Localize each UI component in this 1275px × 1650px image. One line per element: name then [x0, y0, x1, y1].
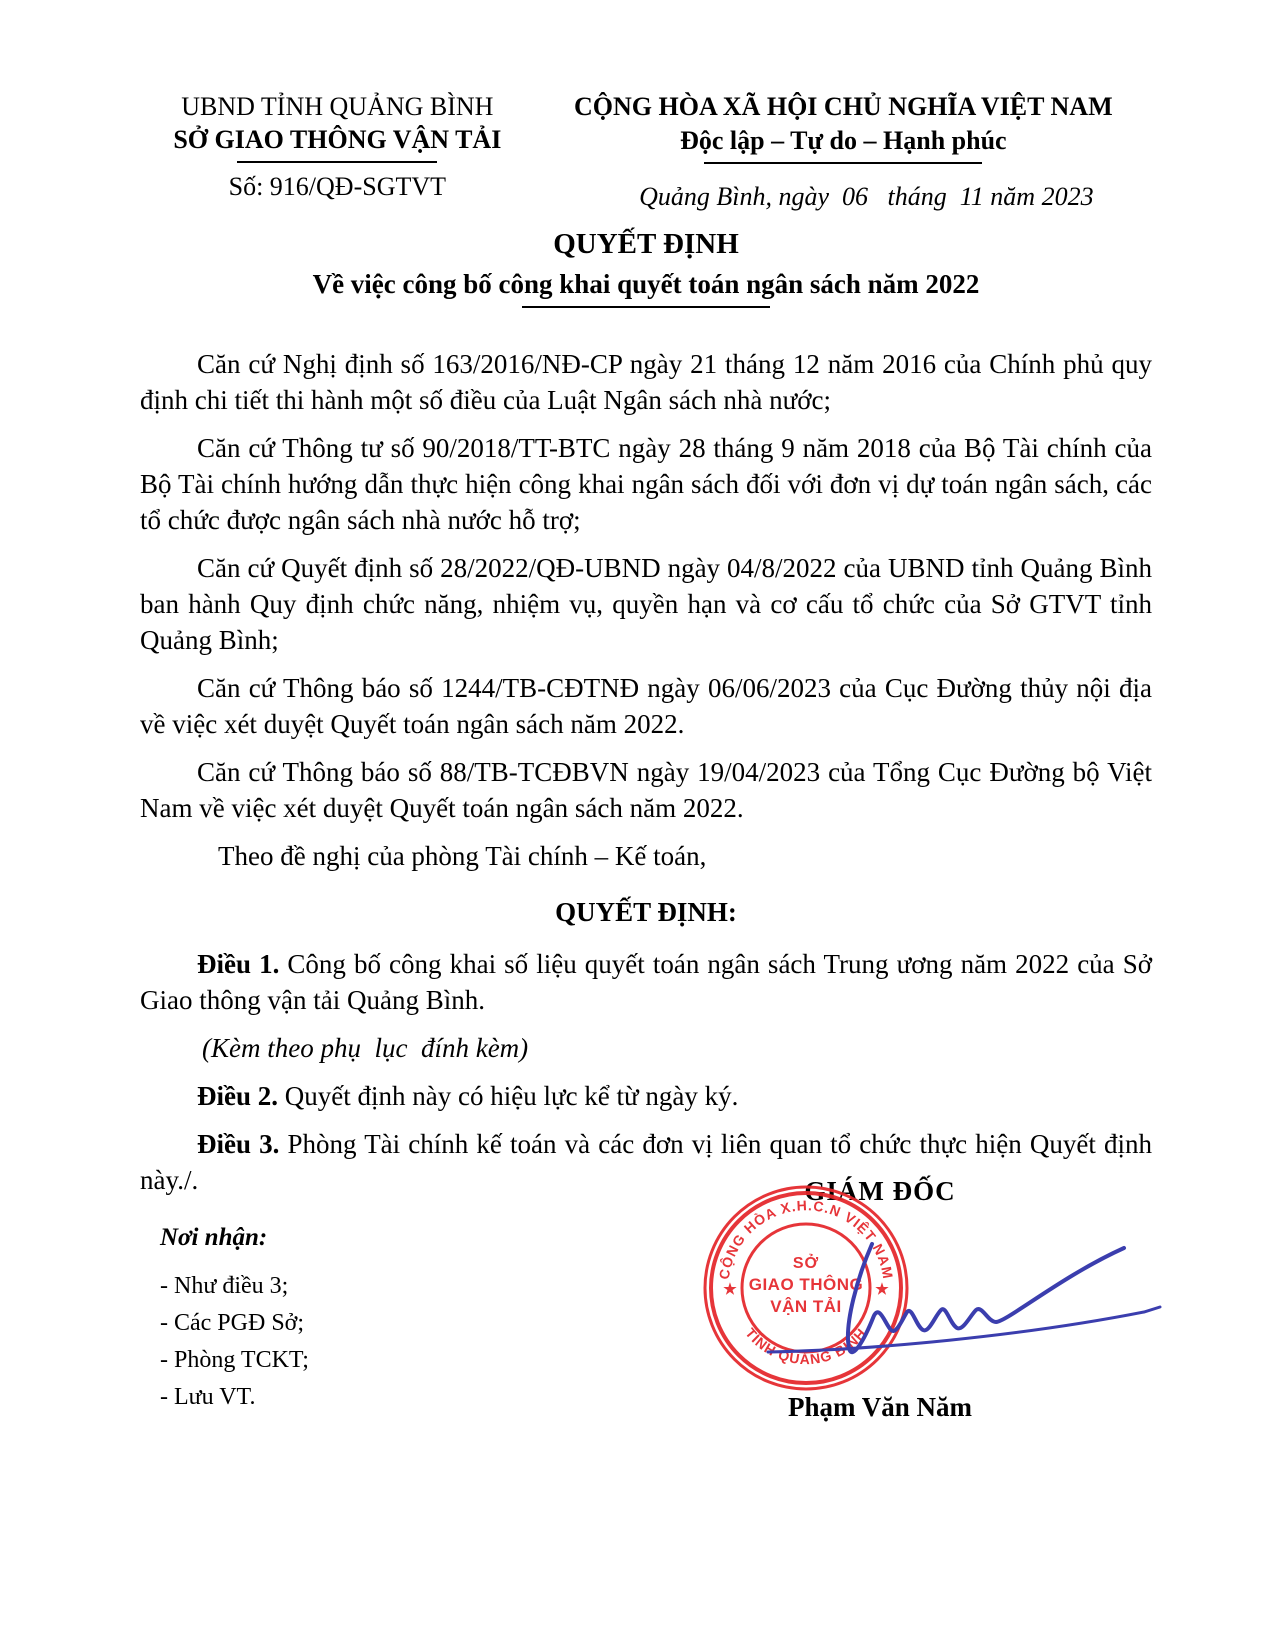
- attachment-note: (Kèm theo phụ lục đính kèm): [140, 1030, 1152, 1066]
- article-2-text: Quyết định này có hiệu lực kể từ ngày ký…: [285, 1081, 739, 1111]
- recipient-item: - Phòng TCKT;: [160, 1342, 309, 1379]
- document-body: Căn cứ Nghị định số 163/2016/NĐ-CP ngày …: [140, 346, 1152, 1198]
- star-icon: ★: [723, 1281, 737, 1298]
- preamble-paragraph: Căn cứ Thông báo số 88/TB-TCĐBVN ngày 19…: [140, 754, 1152, 826]
- article-1-text: Công bố công khai số liệu quyết toán ngâ…: [140, 949, 1152, 1015]
- place-date-line: Quảng Bình, ngày 06 tháng 11 năm 2023: [535, 182, 1152, 212]
- preamble-paragraph: Căn cứ Quyết định số 28/2022/QĐ-UBND ngà…: [140, 550, 1152, 658]
- document-number: Số: 916/QĐ-SGTVT: [140, 172, 535, 202]
- article-2-label: Điều 2.: [197, 1081, 278, 1111]
- national-header-block: CỘNG HÒA XÃ HỘI CHỦ NGHĨA VIỆT NAM Độc l…: [535, 92, 1152, 212]
- article-2: Điều 2. Quyết định này có hiệu lực kể từ…: [140, 1078, 1152, 1114]
- recipients-list: - Như điều 3; - Các PGĐ Sở; - Phòng TCKT…: [160, 1268, 309, 1416]
- document-title-block: QUYẾT ĐỊNH Về việc công bố công khai quy…: [140, 228, 1152, 308]
- proposal-line: Theo đề nghị của phòng Tài chính – Kế to…: [140, 838, 1152, 874]
- handwritten-signature: [752, 1236, 1182, 1376]
- recipients-block: Nơi nhận: - Như điều 3; - Các PGĐ Sở; - …: [160, 1224, 309, 1416]
- document-title: QUYẾT ĐỊNH: [140, 228, 1152, 261]
- signer-name: Phạm Văn Năm: [650, 1392, 1110, 1423]
- title-underline: [522, 306, 770, 308]
- article-1-label: Điều 1.: [197, 949, 279, 979]
- national-title: CỘNG HÒA XÃ HỘI CHỦ NGHĨA VIỆT NAM: [535, 92, 1152, 122]
- document-footer: Nơi nhận: - Như điều 3; - Các PGĐ Sở; - …: [0, 1150, 1275, 1650]
- signature-underline: [768, 1307, 1160, 1352]
- decision-document-page: UBND TỈNH QUẢNG BÌNH SỞ GIAO THÔNG VẬN T…: [0, 0, 1275, 1650]
- decision-heading: QUYẾT ĐỊNH:: [140, 894, 1152, 930]
- recipient-item: - Các PGĐ Sở;: [160, 1305, 309, 1342]
- issuing-agency-block: UBND TỈNH QUẢNG BÌNH SỞ GIAO THÔNG VẬN T…: [140, 92, 535, 212]
- recipient-item: - Lưu VT.: [160, 1379, 309, 1416]
- motto-underline: [704, 162, 982, 164]
- agency-underline: [237, 161, 437, 163]
- agency-name: SỞ GIAO THÔNG VẬN TẢI: [140, 125, 535, 155]
- parent-agency-name: UBND TỈNH QUẢNG BÌNH: [140, 92, 535, 122]
- article-1: Điều 1. Công bố công khai số liệu quyết …: [140, 946, 1152, 1018]
- preamble-paragraph: Căn cứ Thông báo số 1244/TB-CĐTNĐ ngày 0…: [140, 670, 1152, 742]
- recipient-item: - Như điều 3;: [160, 1268, 309, 1305]
- national-motto: Độc lập – Tự do – Hạnh phúc: [535, 126, 1152, 156]
- recipients-title: Nơi nhận:: [160, 1224, 309, 1252]
- preamble-paragraph: Căn cứ Nghị định số 163/2016/NĐ-CP ngày …: [140, 346, 1152, 418]
- preamble-paragraph: Căn cứ Thông tư số 90/2018/TT-BTC ngày 2…: [140, 430, 1152, 538]
- document-subtitle: Về việc công bố công khai quyết toán ngâ…: [140, 269, 1152, 300]
- document-header: UBND TỈNH QUẢNG BÌNH SỞ GIAO THÔNG VẬN T…: [140, 92, 1152, 212]
